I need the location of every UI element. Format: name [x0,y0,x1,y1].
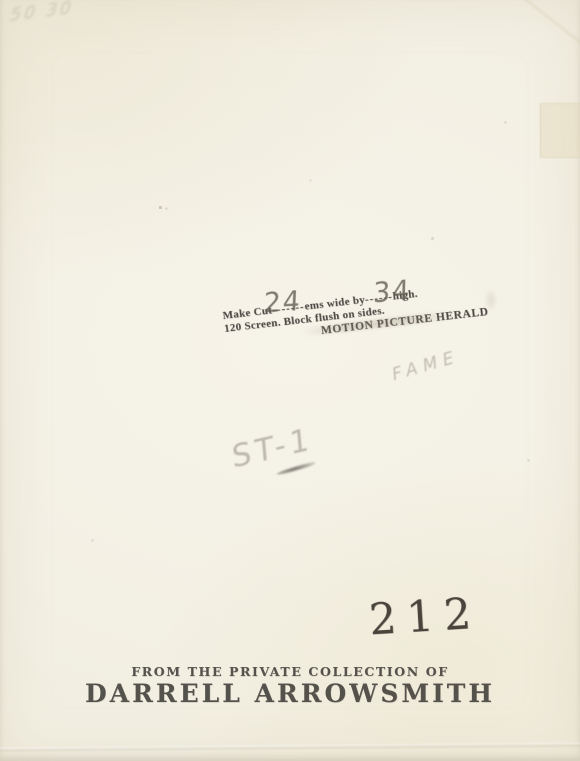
collection-stamp-line2: DARRELL ARROWSMITH [0,679,580,708]
archive-number-stamp: 212 [368,589,483,646]
tape-residue-patch [540,103,580,158]
faint-smudge [484,288,498,312]
handwritten-width-value: 24 [263,286,303,319]
pencil-scribble-top-left: 50 30 [7,0,76,26]
collection-stamp-line1: FROM THE PRIVATE COLLECTION OF [0,664,580,679]
paper-specks [0,0,1,1]
crease-bottom-edge [0,742,580,751]
photo-back-sheet: 50 30 24 34 Make Cut-------ems wide by--… [0,0,580,761]
pencil-note-fame: FAME [392,346,460,385]
handwritten-height-value: 34 [373,275,412,309]
collection-stamp: FROM THE PRIVATE COLLECTION OF DARRELL A… [0,664,580,708]
crease-top-right [483,0,580,60]
